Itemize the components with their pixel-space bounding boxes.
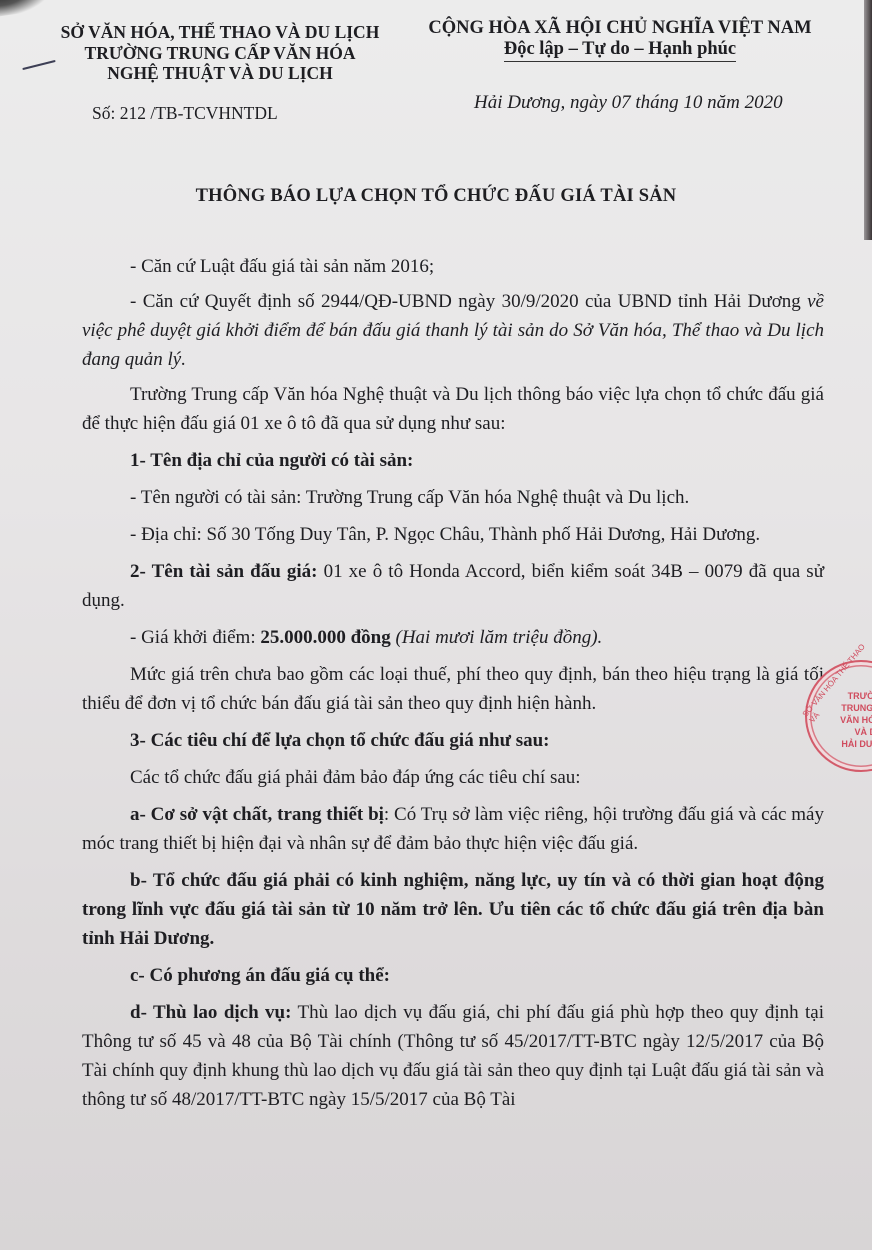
document-body: - Căn cứ Luật đấu giá tài sản năm 2016; … (82, 252, 824, 1120)
section2-asset: 2- Tên tài sản đấu giá: 01 xe ô tô Honda… (82, 557, 824, 615)
section3-heading: 3- Các tiêu chí để lựa chọn tổ chức đấu … (82, 726, 824, 755)
starting-price-value: 25.000.000 đồng (260, 627, 390, 648)
agency-name-line2: NGHỆ THUẬT VÀ DU LỊCH (30, 63, 410, 84)
national-motto: Độc lập – Tự do – Hạnh phúc (504, 39, 736, 62)
owner-name: - Tên người có tài sản: Trường Trung cấp… (82, 483, 824, 512)
agency-name-line1: TRƯỜNG TRUNG CẤP VĂN HÓA (30, 43, 410, 64)
price-note: Mức giá trên chưa bao gồm các loại thuế,… (82, 660, 824, 718)
criterion-c: c- Có phương án đấu giá cụ thể: (82, 961, 824, 990)
owner-address: - Địa chỉ: Số 30 Tống Duy Tân, P. Ngọc C… (82, 520, 824, 549)
issuing-agency-header: SỞ VĂN HÓA, THỂ THAO VÀ DU LỊCH TRƯỜNG T… (30, 22, 410, 84)
section1-heading: 1- Tên địa chỉ của người có tài sản: (82, 446, 824, 475)
intro-paragraph: Trường Trung cấp Văn hóa Nghệ thuật và D… (82, 380, 824, 438)
agency-parent: SỞ VĂN HÓA, THỂ THAO VÀ DU LỊCH (30, 22, 410, 43)
criterion-d: d- Thù lao dịch vụ: Thù lao dịch vụ đấu … (82, 998, 824, 1114)
national-header: CỘNG HÒA XÃ HỘI CHỦ NGHĨA VIỆT NAM Độc l… (400, 18, 840, 62)
place-and-date: Hải Dương, ngày 07 tháng 10 năm 2020 (474, 92, 783, 114)
criterion-a: a- Cơ sở vật chất, trang thiết bị: Có Tr… (82, 800, 824, 858)
seal-center-text: TRƯỜNG TRUNG CẤP VĂN HÓA NT VÀ DL HẢI DƯ… (833, 690, 872, 750)
document-page: SỞ VĂN HÓA, THỂ THAO VÀ DU LỊCH TRƯỜNG T… (0, 0, 872, 1250)
criterion-b: b- Tổ chức đấu giá phải có kinh nghiệm, … (82, 866, 824, 953)
document-number: Số: 212 /TB-TCVHNTDL (92, 103, 278, 124)
basis-decision: - Căn cứ Quyết định số 2944/QĐ-UBND ngày… (82, 287, 824, 374)
national-title: CỘNG HÒA XÃ HỘI CHỦ NGHĨA VIỆT NAM (400, 18, 840, 39)
criteria-intro: Các tổ chức đấu giá phải đảm bảo đáp ứng… (82, 763, 824, 792)
document-title: THÔNG BÁO LỰA CHỌN TỔ CHỨC ĐẤU GIÁ TÀI S… (0, 186, 872, 207)
basis-law: - Căn cứ Luật đấu giá tài sản năm 2016; (82, 252, 824, 281)
starting-price: - Giá khởi điểm: 25.000.000 đồng (Hai mư… (82, 623, 824, 652)
